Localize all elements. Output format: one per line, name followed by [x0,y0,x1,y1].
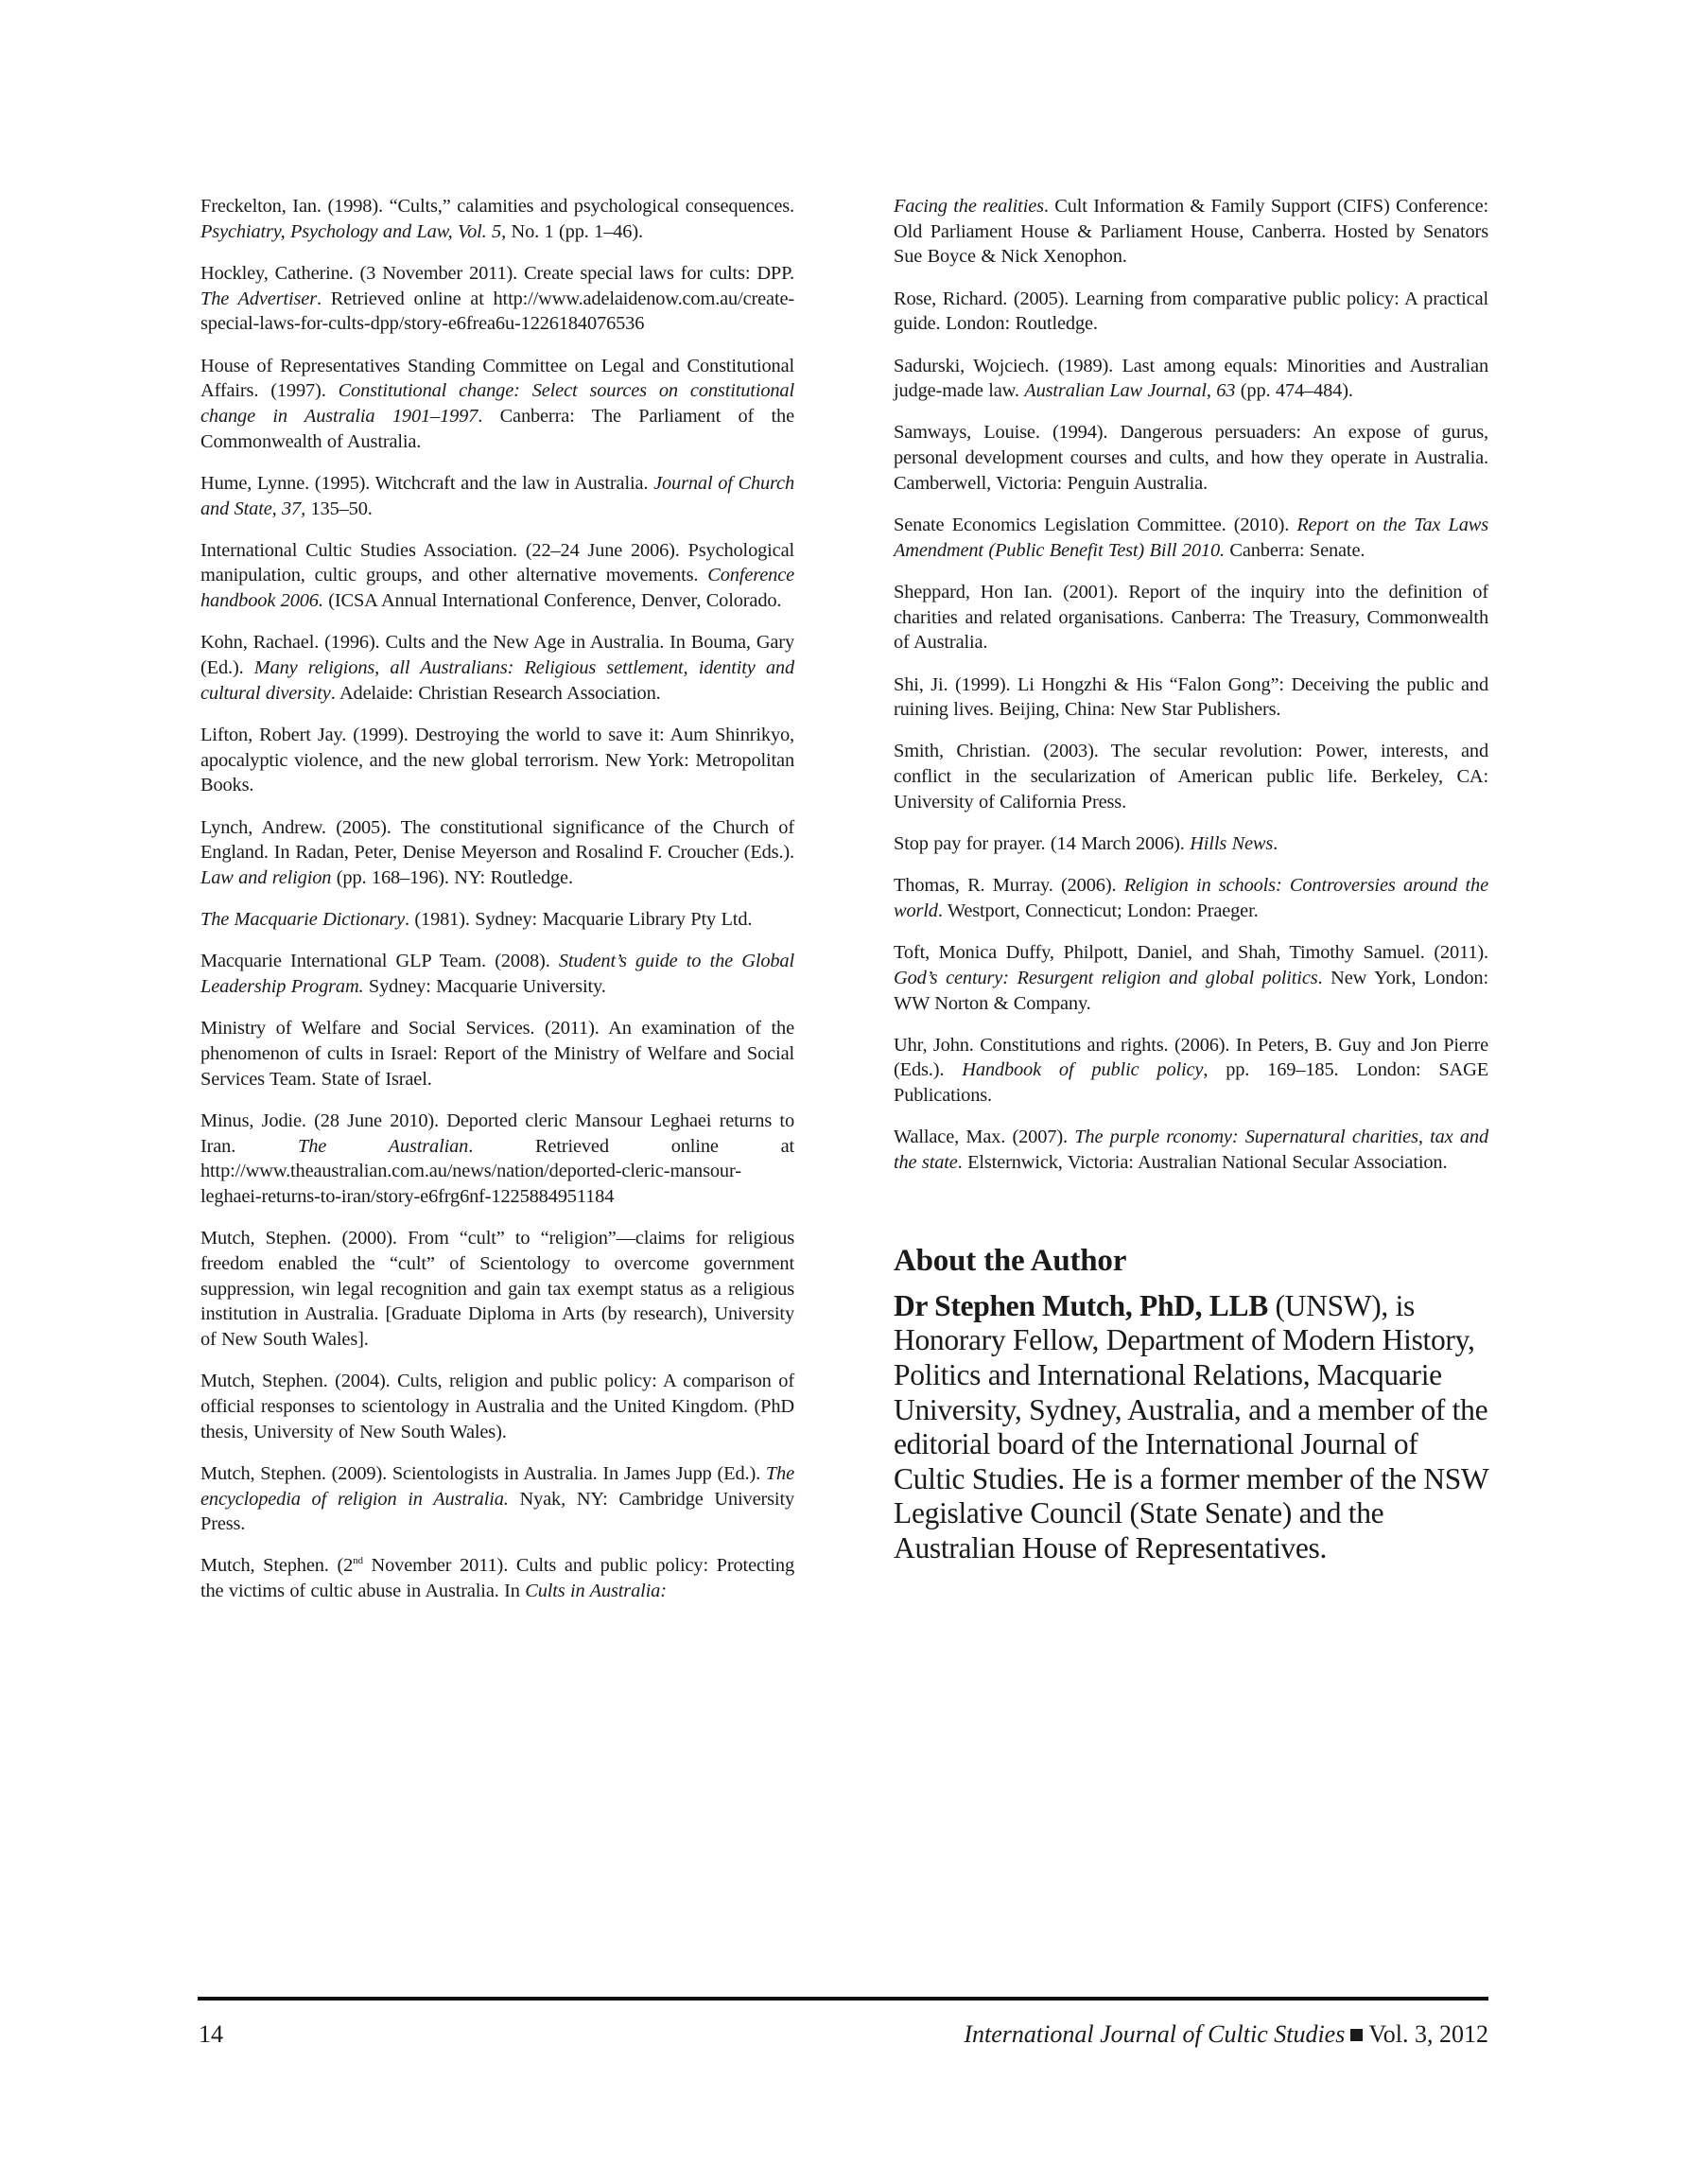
reference-text: 135–50. [305,498,373,519]
reference-text: . [1273,833,1278,854]
reference-text: (pp. 168–196). NY: Routledge. [331,867,573,888]
reference-entry: Mutch, Stephen. (2004). Cults, religion … [200,1369,794,1444]
reference-entry: Macquarie International GLP Team. (2008)… [200,949,794,999]
page-number: 14 [199,2020,223,2049]
reference-text: . (1981). Sydney: Macquarie Library Pty … [405,909,752,930]
reference-superscript: nd [353,1555,363,1566]
reference-text: Sheppard, Hon Ian. (2001). Report of the… [894,582,1488,653]
reference-italic-text: Psychiatry, Psychology and Law, Vol. 5, [200,221,506,242]
reference-entry: Lifton, Robert Jay. (1999). Destroying t… [200,723,794,798]
reference-italic-text: The Advertiser [200,288,317,309]
reference-text: Smith, Christian. (2003). The secular re… [894,741,1488,812]
reference-text: Lynch, Andrew. (2005). The constitutiona… [200,817,794,864]
reference-entry: Mutch, Stephen. (2000). From “cult” to “… [200,1226,794,1353]
reference-italic-text: Facing the realities [894,196,1044,217]
footer-journal-info: International Journal of Cultic StudiesV… [964,2020,1488,2049]
reference-text: Freckelton, Ian. (1998). “Cults,” calami… [200,196,794,217]
reference-entry: Samways, Louise. (1994). Dangerous persu… [894,420,1488,496]
reference-italic-text: God’s century: Resurgent religion and gl… [894,968,1318,988]
reference-text: Stop pay for prayer. (14 March 2006). [894,833,1190,854]
reference-entry: Hockley, Catherine. (3 November 2011). C… [200,261,794,337]
reference-text: No. 1 (pp. 1–46). [506,221,643,242]
reference-text: Samways, Louise. (1994). Dangerous persu… [894,422,1488,493]
reference-text: Mutch, Stephen. (2009). Scientologists i… [200,1463,766,1484]
author-bio-text: (UNSW), is Honorary Fellow, Department o… [894,1289,1488,1564]
reference-text: Macquarie International GLP Team. (2008)… [200,951,559,971]
reference-entry: The Macquarie Dictionary. (1981). Sydney… [200,907,794,933]
reference-text: Thomas, R. Murray. (2006). [894,875,1124,896]
reference-text: Shi, Ji. (1999). Li Hongzhi & His “Falon… [894,674,1488,721]
reference-text: Sydney: Macquarie University. [363,976,605,997]
black-square-icon [1350,2029,1363,2041]
reference-text: Hockley, Catherine. (3 November 2011). C… [200,263,794,284]
reference-text: Mutch, Stephen. (2004). Cults, religion … [200,1371,794,1441]
reference-text: International Cultic Studies Association… [200,540,794,586]
reference-italic-text: Hills News [1190,833,1273,854]
reference-entry: Toft, Monica Duffy, Philpott, Daniel, an… [894,940,1488,1016]
journal-volume: Vol. 3, 2012 [1368,2020,1488,2048]
journal-name: International Journal of Cultic Studies [964,2020,1345,2048]
reference-entry: Lynch, Andrew. (2005). The constitutiona… [200,815,794,891]
reference-text: Lifton, Robert Jay. (1999). Destroying t… [200,725,794,795]
reference-entry: Smith, Christian. (2003). The secular re… [894,739,1488,814]
reference-entry: Sheppard, Hon Ian. (2001). Report of the… [894,580,1488,655]
references-right-list: Facing the realities. Cult Information &… [894,194,1488,1176]
reference-entry: Kohn, Rachael. (1996). Cults and the New… [200,630,794,706]
reference-text: Ministry of Welfare and Social Services.… [200,1018,794,1089]
reference-entry: Uhr, John. Constitutions and rights. (20… [894,1033,1488,1109]
reference-italic-text: Handbook of public policy [962,1059,1203,1080]
reference-text: Senate Economics Legislation Committee. … [894,515,1296,535]
footer-rule [198,1997,1488,2001]
reference-italic-text: The Australian [298,1136,468,1157]
reference-text: Mutch, Stephen. (2000). From “cult” to “… [200,1228,794,1350]
reference-entry: Shi, Ji. (1999). Li Hongzhi & His “Falon… [894,673,1488,723]
reference-entry: Facing the realities. Cult Information &… [894,194,1488,270]
reference-text: Toft, Monica Duffy, Philpott, Daniel, an… [894,942,1488,963]
reference-text: . Elsternwick, Victoria: Australian Nati… [958,1152,1448,1173]
reference-italic-text: The Macquarie Dictionary [200,909,405,930]
reference-entry: Mutch, Stephen. (2nd November 2011). Cul… [200,1553,794,1603]
reference-entry: Ministry of Welfare and Social Services.… [200,1016,794,1092]
reference-entry: Freckelton, Ian. (1998). “Cults,” calami… [200,194,794,244]
author-name: Dr Stephen Mutch, PhD, LLB [894,1289,1268,1322]
reference-text: Mutch, Stephen. (2 [200,1555,353,1576]
reference-italic-text: Cults in Australia: [525,1581,667,1601]
reference-text: Wallace, Max. (2007). [894,1127,1074,1147]
reference-entry: Wallace, Max. (2007). The purple rconomy… [894,1125,1488,1175]
reference-entry: Mutch, Stephen. (2009). Scientologists i… [200,1461,794,1537]
references-right-column: Facing the realities. Cult Information &… [894,194,1488,1566]
reference-text: (pp. 474–484). [1235,380,1352,401]
reference-entry: Minus, Jodie. (28 June 2010). Deported c… [200,1109,794,1210]
reference-entry: Thomas, R. Murray. (2006). Religion in s… [894,873,1488,923]
reference-entry: House of Representatives Standing Commit… [200,354,794,455]
about-author-heading: About the Author [894,1242,1488,1280]
reference-entry: Rose, Richard. (2005). Learning from com… [894,287,1488,337]
reference-text: Canberra: Senate. [1225,540,1365,561]
reference-text: Hume, Lynne. (1995). Witchcraft and the … [200,473,653,494]
references-left-column: Freckelton, Ian. (1998). “Cults,” calami… [200,194,794,1620]
reference-italic-text: Australian Law Journal, 63 [1024,380,1235,401]
reference-entry: Stop pay for prayer. (14 March 2006). Hi… [894,831,1488,857]
reference-text: (ICSA Annual International Conference, D… [323,590,782,611]
reference-text: Rose, Richard. (2005). Learning from com… [894,288,1488,335]
reference-italic-text: Law and religion [200,867,331,888]
reference-entry: Senate Economics Legislation Committee. … [894,513,1488,563]
reference-entry: Sadurski, Wojciech. (1989). Last among e… [894,354,1488,404]
reference-text: . Adelaide: Christian Research Associati… [331,683,661,704]
reference-entry: International Cultic Studies Association… [200,538,794,614]
reference-text: . Westport, Connecticut; London: Praeger… [938,900,1259,921]
reference-entry: Hume, Lynne. (1995). Witchcraft and the … [200,471,794,521]
about-author-bio: Dr Stephen Mutch, PhD, LLB (UNSW), is Ho… [894,1289,1488,1566]
